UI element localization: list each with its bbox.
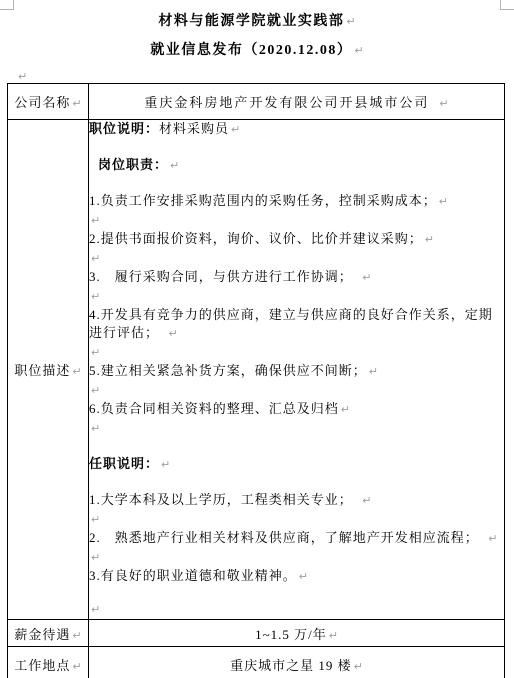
job-paragraph-text: 材料采购员 (159, 121, 229, 136)
paragraph-return-mark: ↵ (352, 660, 363, 673)
paragraph-return-mark: ↵ (167, 327, 178, 340)
job-paragraph: 3.有良好的职业道德和敬业精神。↵ (89, 567, 504, 586)
empty-paragraph: ↵ (89, 381, 504, 400)
paragraph-return-mark: ↵ (168, 159, 179, 172)
location-value-cell: 重庆城市之星 19 楼↵ (89, 647, 505, 678)
paragraph-return-mark: ↵ (437, 195, 448, 208)
paragraph-return-mark: ↵ (89, 551, 100, 564)
document-page: 材料与能源学院就业实践部↵ 就业信息发布（2020.12.08）↵ ↵ 公司名称… (0, 0, 514, 678)
job-paragraph-heading: 岗位职责： (98, 157, 168, 172)
paragraph-return-mark: ↵ (429, 97, 448, 110)
table-row-location: 工作地点↵ 重庆城市之星 19 楼↵ (8, 647, 505, 678)
job-paragraph-text: 3.有良好的职业道德和敬业精神。 (89, 568, 297, 583)
job-paragraph: 5.建立相关紧急补货方案，确保供应不间断；↵ (89, 362, 504, 381)
title-line-2: 就业信息发布（2020.12.08）↵ (0, 41, 514, 61)
empty-paragraph: ↵ (89, 287, 504, 306)
job-description-label-cell: 职位描述↵ (8, 120, 89, 620)
job-paragraph-text: 1.大学本科及以上学历，工程类相关专业； (89, 492, 360, 507)
company-label: 公司名称 (14, 95, 70, 110)
paragraph-return-mark: ↵ (327, 629, 338, 642)
table-row-salary: 薪金待遇↵ 1~1.5 万/年↵ (8, 620, 505, 647)
paragraph-return-mark: ↵ (16, 70, 27, 83)
empty-paragraph: ↵ (89, 510, 504, 529)
job-paragraph-text: 1.负责工作安排采购范围内的采购任务，控制采购成本； (89, 193, 437, 208)
job-paragraph-text: 2.提供书面报价资料，询价、议价、比价并建议采购； (89, 231, 423, 246)
job-paragraph: 1.大学本科及以上学历，工程类相关专业； ↵ (89, 491, 504, 510)
paragraph-return-mark: ↵ (360, 494, 371, 507)
salary-label-cell: 薪金待遇↵ (8, 620, 89, 647)
empty-paragraph: ↵ (89, 419, 504, 438)
salary-value: 1~1.5 万/年 (255, 627, 327, 642)
job-paragraph-text: 2. 熟悉地产行业相关材料及供应商，了解地产开发相应流程； (89, 530, 486, 545)
paragraph-return-mark: ↵ (89, 290, 100, 303)
job-paragraph: 职位说明：材料采购员↵ (89, 120, 504, 139)
title-line-1: 材料与能源学院就业实践部↵ (0, 12, 514, 32)
paragraph-return-mark: ↵ (297, 570, 308, 583)
job-paragraph: 2. 熟悉地产行业相关材料及供应商，了解地产开发相应流程； ↵ (89, 529, 504, 548)
paragraph-return-mark: ↵ (70, 365, 81, 378)
job-paragraph-text: 5.建立相关紧急补货方案，确保供应不间断； (89, 363, 367, 378)
job-paragraph-text: 6.负责合同相关资料的整理、汇总及归档 (89, 401, 339, 416)
job-paragraph: 任职说明：↵ (89, 455, 504, 474)
paragraph-return-mark: ↵ (70, 97, 81, 110)
table-row-company: 公司名称↵ 重庆金科房地产开发有限公司开县城市公司↵ (8, 84, 505, 120)
job-paragraph: 4.开发具有竞争力的供应商，建立与供应商的良好合作关系，定期进行评估； ↵ (89, 306, 504, 343)
paragraph-return-mark: ↵ (339, 403, 350, 416)
title-line-2-text: 就业信息发布（2020.12.08） (150, 43, 352, 58)
salary-label: 薪金待遇 (14, 627, 70, 642)
empty-paragraph: ↵ (89, 249, 504, 268)
paragraph-return-mark: ↵ (486, 532, 497, 545)
document-header: 材料与能源学院就业实践部↵ 就业信息发布（2020.12.08）↵ (0, 0, 514, 61)
job-paragraph: 岗位职责：↵ (89, 156, 504, 175)
paragraph-return-mark: ↵ (70, 660, 81, 673)
job-info-table: 公司名称↵ 重庆金科房地产开发有限公司开县城市公司↵ 职位描述↵ 职位说明：材料… (7, 83, 505, 678)
location-label: 工作地点 (14, 658, 70, 673)
paragraph-return-mark: ↵ (89, 214, 100, 227)
job-description-content: 职位说明：材料采购员↵岗位职责：↵1.负责工作安排采购范围内的采购任务，控制采购… (89, 120, 505, 620)
empty-paragraph: ↵ (89, 600, 504, 619)
paragraph-return-mark: ↵ (89, 422, 100, 435)
paragraph-return-mark: ↵ (89, 252, 100, 265)
table-row-job-description: 职位描述↵ 职位说明：材料采购员↵岗位职责：↵1.负责工作安排采购范围内的采购任… (8, 120, 505, 620)
margin-crop-mark-top-right (500, 0, 514, 10)
paragraph-return-mark: ↵ (352, 44, 363, 57)
paragraph-return-mark: ↵ (229, 123, 240, 136)
salary-value-cell: 1~1.5 万/年↵ (89, 620, 505, 647)
job-paragraph-text: 3. 履行采购合同，与供方进行工作协调； (89, 269, 360, 284)
empty-paragraph: ↵ (16, 68, 514, 84)
paragraph-return-mark: ↵ (89, 384, 100, 397)
paragraph-return-mark: ↵ (423, 233, 434, 246)
job-paragraph: 6.负责合同相关资料的整理、汇总及归档↵ (89, 400, 504, 419)
job-description-label: 职位描述 (14, 363, 70, 378)
job-paragraph-text: 4.开发具有竞争力的供应商，建立与供应商的良好合作关系，定期进行评估； (89, 307, 493, 340)
empty-paragraph: ↵ (89, 343, 504, 362)
job-paragraph: 3. 履行采购合同，与供方进行工作协调； ↵ (89, 268, 504, 287)
margin-crop-mark-top-left (0, 0, 14, 10)
company-label-cell: 公司名称↵ (8, 84, 89, 120)
paragraph-return-mark: ↵ (344, 15, 355, 28)
paragraph-return-mark: ↵ (89, 603, 100, 616)
location-label-cell: 工作地点↵ (8, 647, 89, 678)
paragraph-return-mark: ↵ (159, 458, 170, 471)
paragraph-return-mark: ↵ (89, 346, 100, 359)
empty-paragraph: ↵ (89, 548, 504, 567)
paragraph-return-mark: ↵ (360, 271, 371, 284)
title-line-1-text: 材料与能源学院就业实践部 (158, 14, 344, 29)
job-paragraph-heading: 任职说明： (89, 456, 159, 471)
paragraph-return-mark: ↵ (89, 513, 100, 526)
job-paragraph: 2.提供书面报价资料，询价、议价、比价并建议采购；↵ (89, 230, 504, 249)
job-paragraph: 1.负责工作安排采购范围内的采购任务，控制采购成本；↵ (89, 192, 504, 211)
paragraph-return-mark: ↵ (70, 629, 81, 642)
empty-paragraph: ↵ (89, 211, 504, 230)
paragraph-return-mark: ↵ (367, 365, 378, 378)
location-value: 重庆城市之星 19 楼 (230, 658, 352, 673)
job-paragraph-heading: 职位说明： (89, 121, 159, 136)
company-value-cell: 重庆金科房地产开发有限公司开县城市公司↵ (89, 84, 505, 120)
company-name: 重庆金科房地产开发有限公司开县城市公司 (144, 95, 429, 110)
